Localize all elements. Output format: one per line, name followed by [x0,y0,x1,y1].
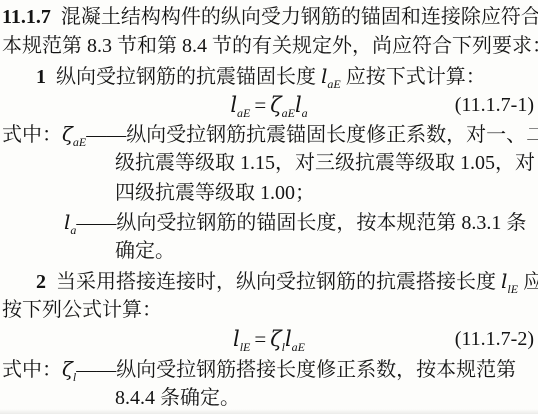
bold-text-run: 11.1.7 [2,6,51,28]
subscript: aE [327,77,340,91]
text-run: 当采用搭接连接时，纵向受拉钢筋的抗震搭接长度 [46,271,501,293]
text-run: 本规范第 8.3 节和第 8.4 节的有关规定外，尚应符合下列要求： [2,35,538,57]
text-run: 纵向受拉钢筋搭接长度修正系数，按本规范第 [116,359,516,381]
text-line: 本规范第 8.3 节和第 8.4 节的有关规定外，尚应符合下列要求： [0,32,538,61]
text-run: 级抗震等级取 1.15，对三级抗震等级取 1.05，对 [115,152,535,174]
text-run: 应按下式计算： [341,66,486,88]
variable: ζ [270,327,281,351]
text-line: 8.4.4 条确定。 [0,384,538,413]
text-line: 式中：ζaE——纵向受拉钢筋抗震锚固长度修正系数，对一、二 [0,120,538,149]
subscript: aE [73,135,86,149]
equals-sign: = [254,93,266,117]
text-run: —— [76,212,116,234]
text-run: 纵向受拉钢筋的锚固长度，按本规范第 8.3.1 条 [116,212,526,234]
text-run: 式中： [2,124,62,146]
text-line: 11.1.7 混凝土结构构件的纵向受力钢筋的锚固和连接除应符合 [0,3,538,32]
variable: l [285,327,292,351]
text-run: 8.4.4 条确定。 [115,387,240,409]
equation-number: (11.1.7-1) [455,91,534,120]
variable: ζ [62,357,73,381]
text-run: 混凝土结构构件的纵向受力钢筋的锚固和连接除应符合 [51,6,538,28]
text-line: 四级抗震等级取 1.00； [0,179,538,208]
bold-text-run: 2 [36,271,46,293]
text-line: 1 纵向受拉钢筋的抗震锚固长度 laE 应按下式计算： [0,62,538,91]
subscript: lE [240,340,251,354]
document-body: 11.1.7 混凝土结构构件的纵向受力钢筋的锚固和连接除应符合本规范第 8.3 … [0,3,538,413]
text-run: 纵向受拉钢筋的抗震锚固长度 [46,66,321,88]
text-run: 确定。 [115,240,175,262]
subscript: aE [237,106,250,120]
text-run: 纵向受拉钢筋抗震锚固长度修正系数，对一、二 [126,124,538,146]
variable: l [233,327,240,351]
text-line: 2 当采用搭接连接时，纵向受拉钢筋的抗震搭接长度 llE 应 [0,267,538,296]
text-line: 式中：ζl——纵向受拉钢筋搭接长度修正系数，按本规范第 [0,355,538,384]
text-run: 式中： [2,359,62,381]
variable: ζ [62,122,73,146]
formula-line: llE=ζllaE(11.1.7-2) [0,325,538,354]
text-run: 应 [518,271,538,293]
text-run: 四级抗震等级取 1.00； [115,182,315,204]
equals-sign: = [254,327,266,351]
variable: l [295,93,302,117]
text-line: 确定。 [0,237,538,266]
document-page: 11.1.7 混凝土结构构件的纵向受力钢筋的锚固和连接除应符合本规范第 8.3 … [0,0,538,414]
text-line: la——纵向受拉钢筋的锚固长度，按本规范第 8.3.1 条 [0,208,538,237]
text-line: 按下列公式计算： [0,296,538,325]
subscript: aE [292,340,305,354]
formula-line: laE=ζaEla(11.1.7-1) [0,91,538,120]
subscript: lE [507,282,518,296]
equation-number: (11.1.7-2) [455,325,534,354]
text-run: 按下列公式计算： [2,299,162,321]
text-run: —— [86,124,126,146]
subscript: a [302,106,308,120]
text-run: —— [76,359,116,381]
bold-text-run: 1 [36,66,46,88]
text-line: 级抗震等级取 1.15，对三级抗震等级取 1.05，对 [0,149,538,178]
subscript: aE [282,106,295,120]
variable: ζ [270,93,281,117]
